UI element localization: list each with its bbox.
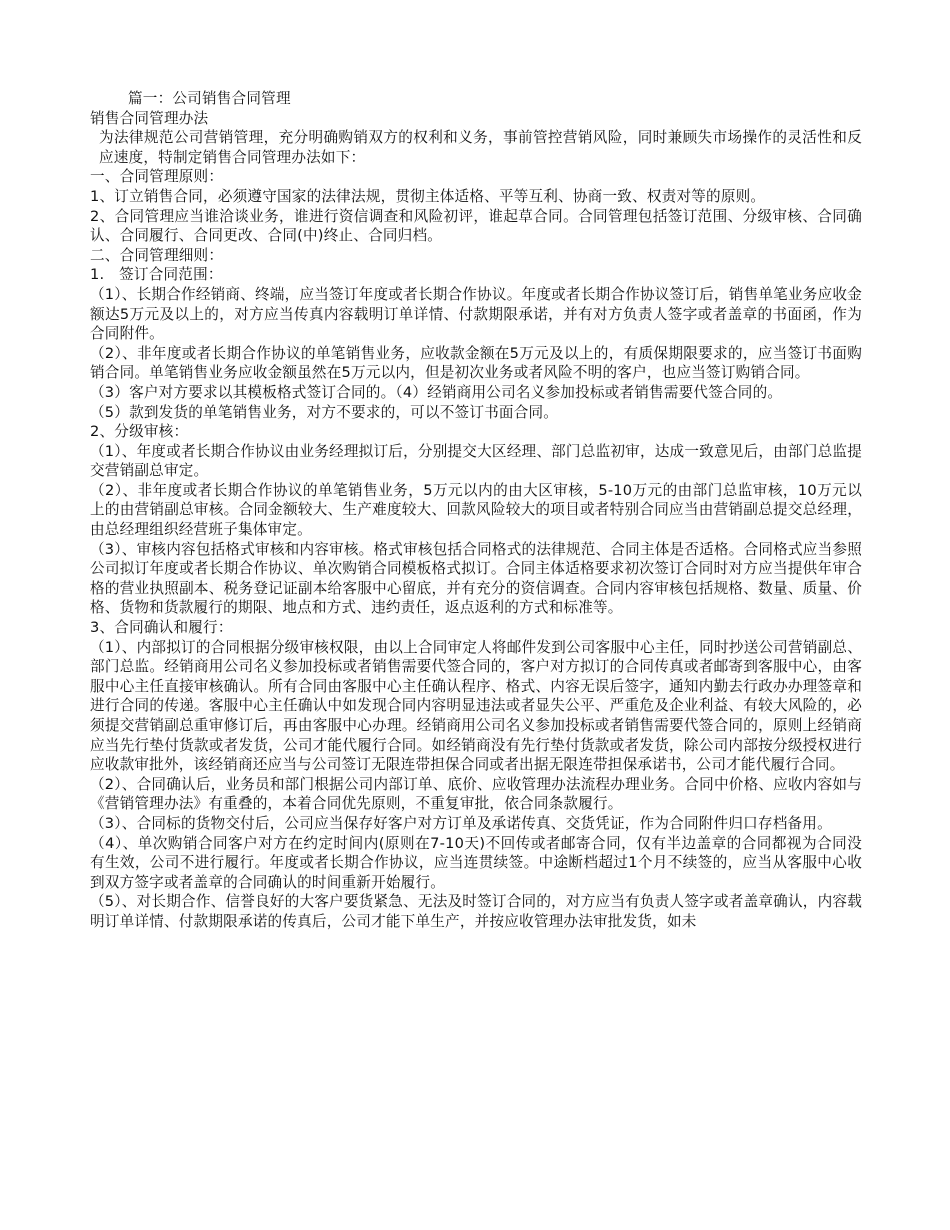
paragraph: （2）、非年度或者长期合作协议的单笔销售业务，5万元以内的由大区审核，5-10万… — [90, 481, 862, 540]
paragraph: 2、合同管理应当谁洽谈业务，谁进行资信调查和风险初评，谁起草合同。合同管理包括签… — [90, 207, 862, 246]
paragraph: （3）、审核内容包括格式审核和内容审核。格式审核包括合同格式的法律规范、合同主体… — [90, 540, 862, 618]
document-title: 销售合同管理办法 — [90, 109, 862, 129]
paragraph: 1、订立销售合同，必须遵守国家的法律法规，贯彻主体适格、平等互利、协商一致、权责… — [90, 187, 862, 207]
paragraph: （1）、长期合作经销商、终端，应当签订年度或者长期合作协议。年度或者长期合作协议… — [90, 285, 862, 344]
section-heading: 一、合同管理原则： — [90, 167, 862, 187]
paragraph: （1）、内部拟订的合同根据分级审核权限，由以上合同审定人将邮件发到公司客服中心主… — [90, 638, 862, 775]
paragraph: （3）、合同标的货物交付后，公司应当保存好客户对方订单及承诺传真、交货凭证，作为… — [90, 814, 862, 834]
subsection-heading: 1. 签订合同范围： — [90, 265, 862, 285]
paragraph: （5）、对长期合作、信誉良好的大客户要货紧急、无法及时签订合同的，对方应当有负责… — [90, 892, 862, 931]
chapter-title: 篇一：公司销售合同管理 — [90, 89, 862, 109]
paragraph: （3）客户对方要求以其模板格式签订合同的。（4）经销商用公司名义参加投标或者销售… — [90, 383, 862, 403]
subsection-heading: 3、合同确认和履行： — [90, 618, 862, 638]
paragraph: （4）、单次购销合同客户对方在约定时间内(原则在7-10天)不回传或者邮寄合同，… — [90, 834, 862, 893]
paragraph: （2）、非年度或者长期合作协议的单笔销售业务，应收款金额在5万元及以上的，有质保… — [90, 344, 862, 383]
paragraph: （1）、年度或者长期合作协议由业务经理拟订后，分别提交大区经理、部门总监初审，达… — [90, 442, 862, 481]
paragraph: （2）、合同确认后，业务员和部门根据公司内部订单、底价、应收管理办法流程办理业务… — [90, 775, 862, 814]
subsection-heading: 2、分级审核： — [90, 422, 862, 442]
document-page: 篇一：公司销售合同管理 销售合同管理办法 为法律规范公司营销管理，充分明确购销双… — [90, 89, 862, 932]
section-heading: 二、合同管理细则： — [90, 246, 862, 266]
paragraph: （5）款到发货的单笔销售业务，对方不要求的，可以不签订书面合同。 — [90, 403, 862, 423]
intro-paragraph: 为法律规范公司营销管理，充分明确购销双方的权利和义务，事前管控营销风险，同时兼顾… — [90, 128, 862, 167]
